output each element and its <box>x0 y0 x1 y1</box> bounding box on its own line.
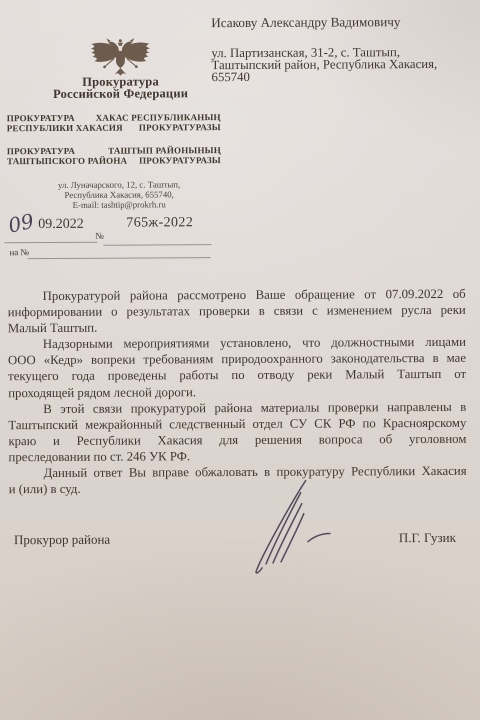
org-title-line2: Российской Федерации <box>0 88 243 101</box>
recipient-address: ул. Партизанская, 31-2, с. Таштып,Таштып… <box>211 47 466 84</box>
number-underline <box>103 244 211 246</box>
bilingual-right: ПРОКУРАТУРАЗЫ <box>139 155 221 166</box>
body-line: Данный ответ Вы вправе обжаловать в прок… <box>9 463 467 481</box>
signature-row: Прокурор района П.Г. Гузик <box>14 530 456 548</box>
body-paragraph: Надзорными мероприятиями установлено, чт… <box>8 334 466 401</box>
reply-underline <box>27 257 210 259</box>
letterhead: Прокуратура Российской Федерации ПРОКУРА… <box>0 22 242 23</box>
reply-to-label: на № <box>9 247 29 257</box>
letterhead-address: ул. Луначарского, 12, с. Таштып,Республи… <box>0 179 239 211</box>
body-line: информировании о результатах проверки в … <box>8 302 466 320</box>
letter-date: 09.2022 <box>38 217 84 233</box>
letterhead-bilingual-row: РЕСПУБЛИКИ ХАКАСИЯПРОКУРАТУРАЗЫ <box>7 123 221 135</box>
bilingual-left: ПРОКУРАТУРА <box>7 146 75 157</box>
org-title: Прокуратура Российской Федерации <box>0 76 243 101</box>
bilingual-right: ТАШТЫП РАЙОНЫНЫҢ <box>108 145 221 156</box>
letterhead-bilingual-row: ТАШТЫПСКОГО РАЙОНАПРОКУРАТУРАЗЫ <box>7 155 221 167</box>
body-line: краю и Республики Хакасия для решения во… <box>8 431 466 449</box>
bilingual-right: ПРОКУРАТУРАЗЫ <box>139 123 221 134</box>
letterhead-address-line: E-mail: tashtip@prokrh.ru <box>0 199 239 210</box>
body-paragraph: Прокуратурой района рассмотрено Ваше обр… <box>8 286 466 337</box>
letter-body: Прокуратурой района рассмотрено Ваше обр… <box>8 286 467 498</box>
handwritten-day: 09 <box>6 209 36 238</box>
recipient-name: Исакову Александру Вадимовичу <box>211 14 466 31</box>
letterhead-bilingual-block: ПРОКУРАТУРАХАКАС РЕСПУБЛИКАНЫҢРЕСПУБЛИКИ… <box>7 112 221 167</box>
bilingual-left: ПРОКУРАТУРА <box>7 113 75 124</box>
body-paragraph: В этой связи прокуратурой района материа… <box>8 398 466 465</box>
body-line: и (или) в суд. <box>9 479 467 497</box>
handwritten-signature <box>248 475 341 575</box>
body-paragraph: Данный ответ Вы вправе обжаловать в прок… <box>9 463 467 498</box>
recipient-block: Исакову Александру Вадимовичу ул. Партиз… <box>211 14 466 84</box>
bilingual-left: ТАШТЫПСКОГО РАЙОНА <box>7 156 127 167</box>
outgoing-number: 765ж-2022 <box>126 215 193 231</box>
signer-name: П.Г. Гузик <box>399 530 456 546</box>
double-headed-eagle-icon <box>82 35 158 77</box>
date-underline <box>4 242 97 243</box>
signer-position: Прокурор района <box>14 532 110 549</box>
recipient-address-line: Таштыпский район, Республика Хакасия, <box>211 59 466 72</box>
scanned-letter: Исакову Александру Вадимовичу ул. Партиз… <box>0 0 480 720</box>
reference-block: 09 09.2022 № 765ж-2022 на № <box>4 213 294 267</box>
bilingual-right: ХАКАС РЕСПУБЛИКАНЫҢ <box>96 112 221 123</box>
bilingual-left: РЕСПУБЛИКИ ХАКАСИЯ <box>7 123 123 134</box>
document-page: Исакову Александру Вадимовичу ул. Партиз… <box>0 0 480 720</box>
number-sign: № <box>95 231 104 241</box>
body-line: текущего года проведены работы по отводу… <box>8 366 466 384</box>
recipient-address-line: 655740 <box>211 71 466 84</box>
